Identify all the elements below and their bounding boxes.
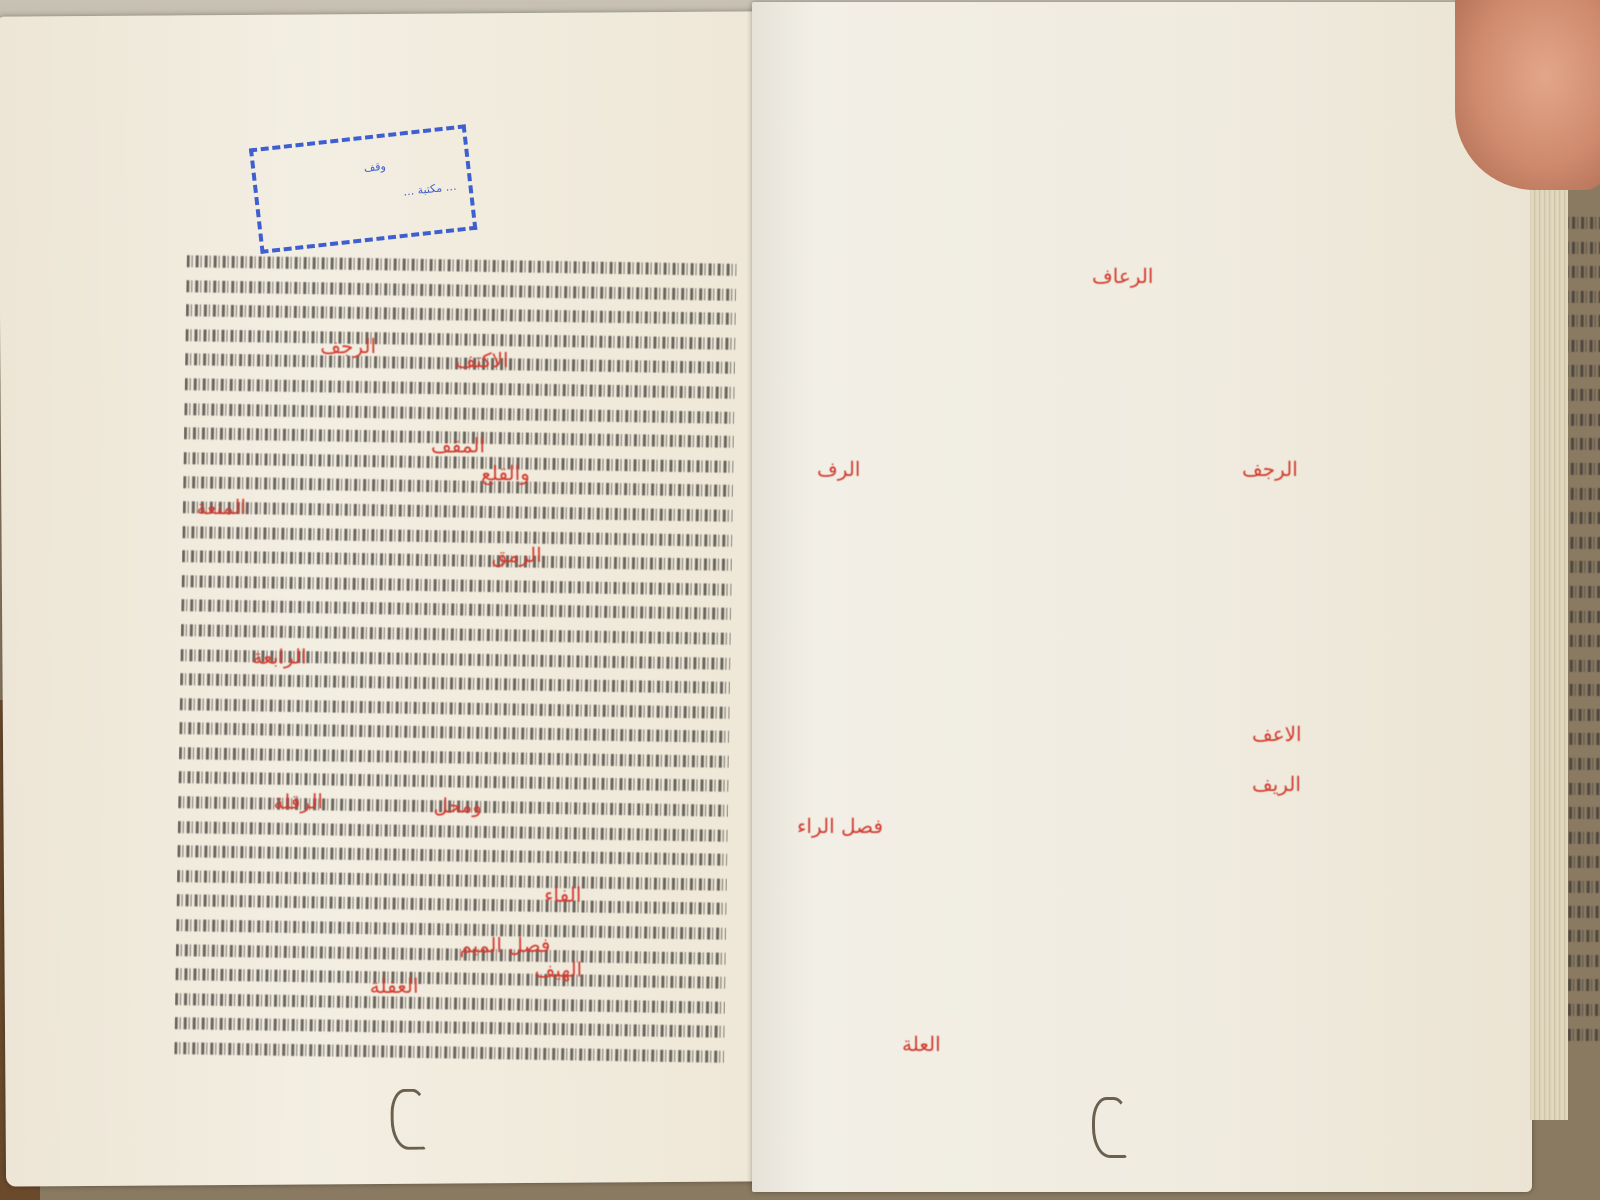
rubric: الاكتف: [455, 348, 508, 372]
rubric: الرجف: [1242, 457, 1298, 481]
rubric: الرجف: [320, 334, 376, 358]
rubric: الرعاف: [1092, 264, 1153, 288]
page-stack-edge: [1530, 190, 1568, 1120]
rubric: المنعة: [196, 495, 246, 519]
rubric: فصل الميم: [459, 933, 550, 958]
rubric: الرقلة: [273, 789, 323, 813]
stamp-line-1: وقف: [363, 159, 386, 174]
left-manuscript-page: وقف … مكتبة … الرجف الاكتف المقف والقلع …: [0, 11, 764, 1186]
rubric: المقف: [431, 433, 485, 457]
rubric: الرمق: [492, 543, 542, 567]
rubric: الريف: [1252, 772, 1301, 796]
rubric: ومحل: [433, 793, 482, 817]
rubric: الفاء: [544, 883, 581, 907]
rubric: الرابعة: [252, 645, 306, 669]
rubric: العفلة: [370, 974, 419, 998]
rubric: العلة: [902, 1032, 941, 1056]
rubric: الرف: [817, 457, 860, 481]
catchword-mark: [1092, 1097, 1128, 1158]
rubric: الهيف: [535, 958, 583, 982]
library-stamp: وقف … مكتبة …: [249, 124, 477, 254]
right-manuscript-page: الرعاف الرجف الرف الاعف الريف فصل الراء …: [752, 2, 1532, 1192]
stamp-line-2: … مكتبة …: [402, 180, 457, 199]
rubric: والقلع: [481, 461, 530, 485]
catchword-mark: [390, 1089, 426, 1150]
rubric: فصل الراء: [797, 814, 883, 838]
rubric: الاعف: [1252, 722, 1302, 746]
holding-finger: [1455, 0, 1600, 190]
